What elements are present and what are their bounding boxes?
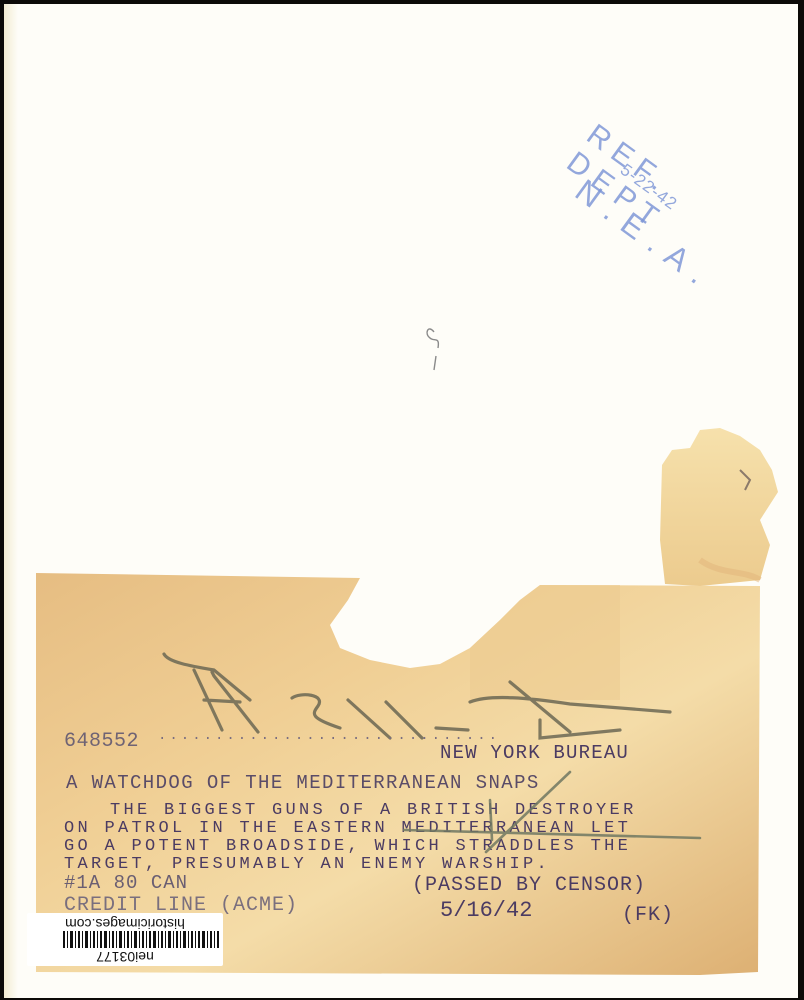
caption-date: 5/16/42 — [440, 898, 532, 923]
pencil-mark — [420, 322, 460, 382]
archive-barcode-label: nei03177 historicimages.com — [27, 913, 223, 966]
archive-id: nei03177 — [35, 949, 215, 965]
pencil-checkmark — [380, 760, 710, 870]
barcode — [63, 931, 223, 948]
caption-code: #1A 80 CAN — [64, 872, 188, 894]
handwritten-code — [150, 640, 710, 740]
initials: (FK) — [622, 904, 674, 927]
censor-note: (PASSED BY CENSOR) — [412, 874, 646, 897]
archive-site: historicimages.com — [35, 916, 215, 932]
serial-number: 648552 — [64, 730, 139, 753]
